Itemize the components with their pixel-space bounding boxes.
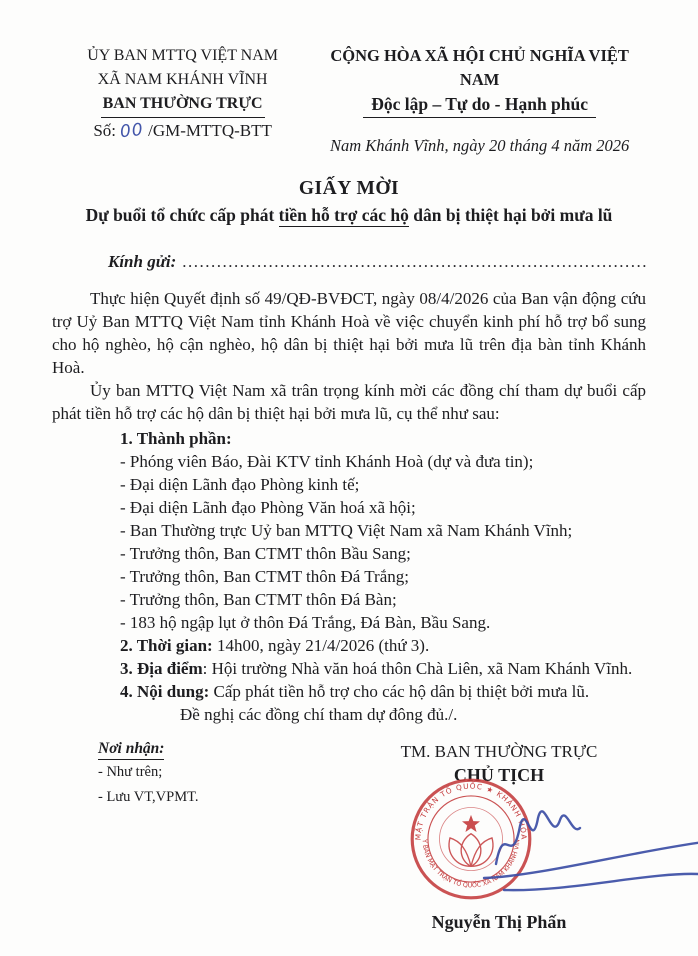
doc-no-suffix: /GM-MTTQ-BTT [148,121,272,140]
national-motto-block: CỘNG HÒA XÃ HỘI CHỦ NGHĨA VIỆT NAM Độc l… [313,44,646,156]
content-value: Cấp phát tiền hỗ trợ cho các hộ dân bị t… [209,682,589,701]
closing-line: Đề nghị các đồng chí tham dự đông đủ./. [180,703,646,726]
time-section: 2. Thời gian: 14h00, ngày 21/4/2026 (thứ… [120,634,646,657]
recipients-block: Nơi nhận: - Như trên; - Lưu VT,VPMT. [98,740,288,933]
paragraph-decision: Thực hiện Quyết định số 49/QĐ-BVĐCT, ngà… [52,287,646,379]
list-item: - 183 hộ ngập lụt ở thôn Đá Trắng, Đá Bà… [120,611,646,634]
document-body: Thực hiện Quyết định số 49/QĐ-BVĐCT, ngà… [52,287,646,726]
document-number: Số: 00 /GM-MTTQ-BTT [52,119,313,143]
list-item: - Phóng viên Báo, Đài KTV tỉnh Khánh Hoà… [120,450,646,473]
location-section: 3. Địa điểm: Hội trường Nhà văn hoá thôn… [120,657,646,680]
location-label: 3. Địa điểm [120,659,203,678]
national-motto: Độc lập – Tự do - Hạnh phúc [363,94,596,118]
document-page: ỦY BAN MTTQ VIỆT NAM XÃ NAM KHÁNH VĨNH B… [0,0,698,956]
doc-no-label: Số: [93,121,116,140]
participants-heading: 1. Thành phần: [120,427,646,450]
recipient-item: - Lưu VT,VPMT. [98,785,288,810]
list-item: - Trưởng thôn, Ban CTMT thôn Bầu Sang; [120,542,646,565]
time-value: 14h00, ngày 21/4/2026 (thứ 3). [213,636,430,655]
list-item: - Đại diện Lãnh đạo Phòng Văn hoá xã hội… [120,496,646,519]
subtitle-underlined: tiền hỗ trợ các hộ [279,205,409,227]
subtitle-suffix: dân bị thiệt hại bởi mưa lũ [409,205,613,225]
document-header: ỦY BAN MTTQ VIỆT NAM XÃ NAM KHÁNH VĨNH B… [52,44,646,156]
signature-block: TM. BAN THƯỜNG TRỰC CHỦ TỊCH MẶT TRẬ [336,740,646,933]
time-label: 2. Thời gian: [120,636,213,655]
salutation-label: Kính gửi: [108,252,176,272]
place-dateline: Nam Khánh Vĩnh, ngày 20 tháng 4 năm 2026 [313,136,646,156]
issuing-org-block: ỦY BAN MTTQ VIỆT NAM XÃ NAM KHÁNH VĨNH B… [52,44,313,143]
title-block: GIẤY MỜI Dự buổi tổ chức cấp phát tiền h… [52,178,646,226]
list-item: - Trưởng thôn, Ban CTMT thôn Đá Trắng; [120,565,646,588]
list-item: - Đại diện Lãnh đạo Phòng kinh tế; [120,473,646,496]
signing-authority: TM. BAN THƯỜNG TRỰC [352,740,646,763]
list-item: - Trưởng thôn, Ban CTMT thôn Đá Bàn; [120,588,646,611]
org-unit: XÃ NAM KHÁNH VĨNH [52,68,313,92]
content-label: 4. Nội dung: [120,682,209,701]
org-parent: ỦY BAN MTTQ VIỆT NAM [52,44,313,68]
document-title: GIẤY MỜI [52,178,646,200]
location-value: : Hội trường Nhà văn hoá thôn Chà Liên, … [203,659,633,678]
participants-section: 1. Thành phần: - Phóng viên Báo, Đài KTV… [120,427,646,634]
signature-scribble-icon [470,790,698,900]
salutation-line: Kính gửi: ..............................… [52,252,646,272]
org-board: BAN THƯỜNG TRỰC [101,92,265,118]
salutation-dotted-line: ........................................… [182,252,646,272]
seal-and-signature-area: MẶT TRẬN TỔ QUỐC ★ KHÁNH HÒA ỦY BAN MẶT … [352,788,646,910]
document-subtitle: Dự buổi tổ chức cấp phát tiền hỗ trợ các… [52,205,646,226]
list-item: - Ban Thường trực Uỷ ban MTTQ Việt Nam x… [120,519,646,542]
national-title: CỘNG HÒA XÃ HỘI CHỦ NGHĨA VIỆT NAM [313,44,646,92]
doc-no-handwritten: 00 [119,118,145,144]
document-footer: Nơi nhận: - Như trên; - Lưu VT,VPMT. TM.… [52,740,646,933]
signer-name: Nguyễn Thị Phấn [352,912,646,933]
content-section: 4. Nội dung: Cấp phát tiền hỗ trợ cho cá… [120,680,646,703]
paragraph-invitation: Ủy ban MTTQ Việt Nam xã trân trọng kính … [52,379,646,425]
subtitle-prefix: Dự buổi tổ chức cấp phát [86,205,279,225]
recipients-heading: Nơi nhận: [98,740,164,760]
recipient-item: - Như trên; [98,760,288,785]
